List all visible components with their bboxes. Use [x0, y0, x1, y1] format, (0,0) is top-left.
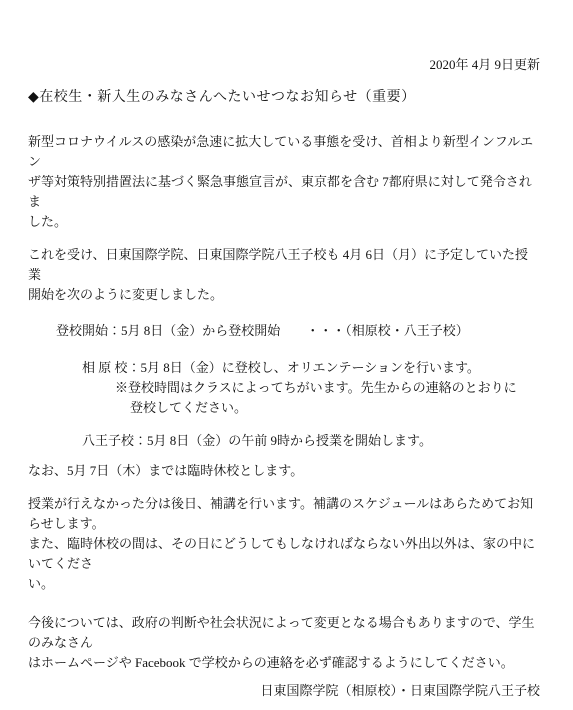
notice-document: 2020年 4月 9日更新 ◆在校生・新入生のみなさんへたいせつなお知らせ（重要…: [0, 0, 573, 710]
page-title: ◆在校生・新入生のみなさんへたいせつなお知らせ（重要）: [28, 88, 540, 108]
makeup-classes-paragraph: 授業が行えなかった分は後日、補講を行います。補講のスケジュールはあらためてお知ら…: [28, 494, 540, 594]
schedule-hachioji-line: 八王子校：5月 8日（金）の午前 9時から授業を開始します。: [28, 431, 540, 451]
schedule-note-line-1: ※登校時間はクラスによってちがいます。先生からの連絡のとおりに: [28, 378, 540, 398]
intro-paragraph-schedule-change: これを受け、日東国際学院、日東国際学院八王子校も 4月 6日（月）に予定していた…: [28, 245, 540, 305]
school-signature: 日東国際学院（相原校）・日東国際学院八王子校: [28, 681, 540, 701]
schedule-aihara-line: 相 原 校：5月 8日（金）に登校し、オリエンテーションを行います。: [28, 358, 540, 378]
update-date: 2020年 4月 9日更新: [28, 55, 540, 75]
schedule-start-line: 登校開始：5月 8日（金）から登校開始 ・・・（相原校・八王子校）: [28, 321, 540, 341]
temporary-closure-note: なお、5月 7日（木）までは臨時休校とします。: [28, 461, 540, 481]
schedule-note-line-2: 登校してください。: [28, 398, 540, 418]
intro-paragraph-emergency-declaration: 新型コロナウイルスの感染が急速に拡大している事態を受け、首相より新型インフルエン…: [28, 132, 540, 232]
future-updates-paragraph: 今後については、政府の判断や社会状況によって変更となる場合もありますので、学生の…: [28, 613, 540, 673]
